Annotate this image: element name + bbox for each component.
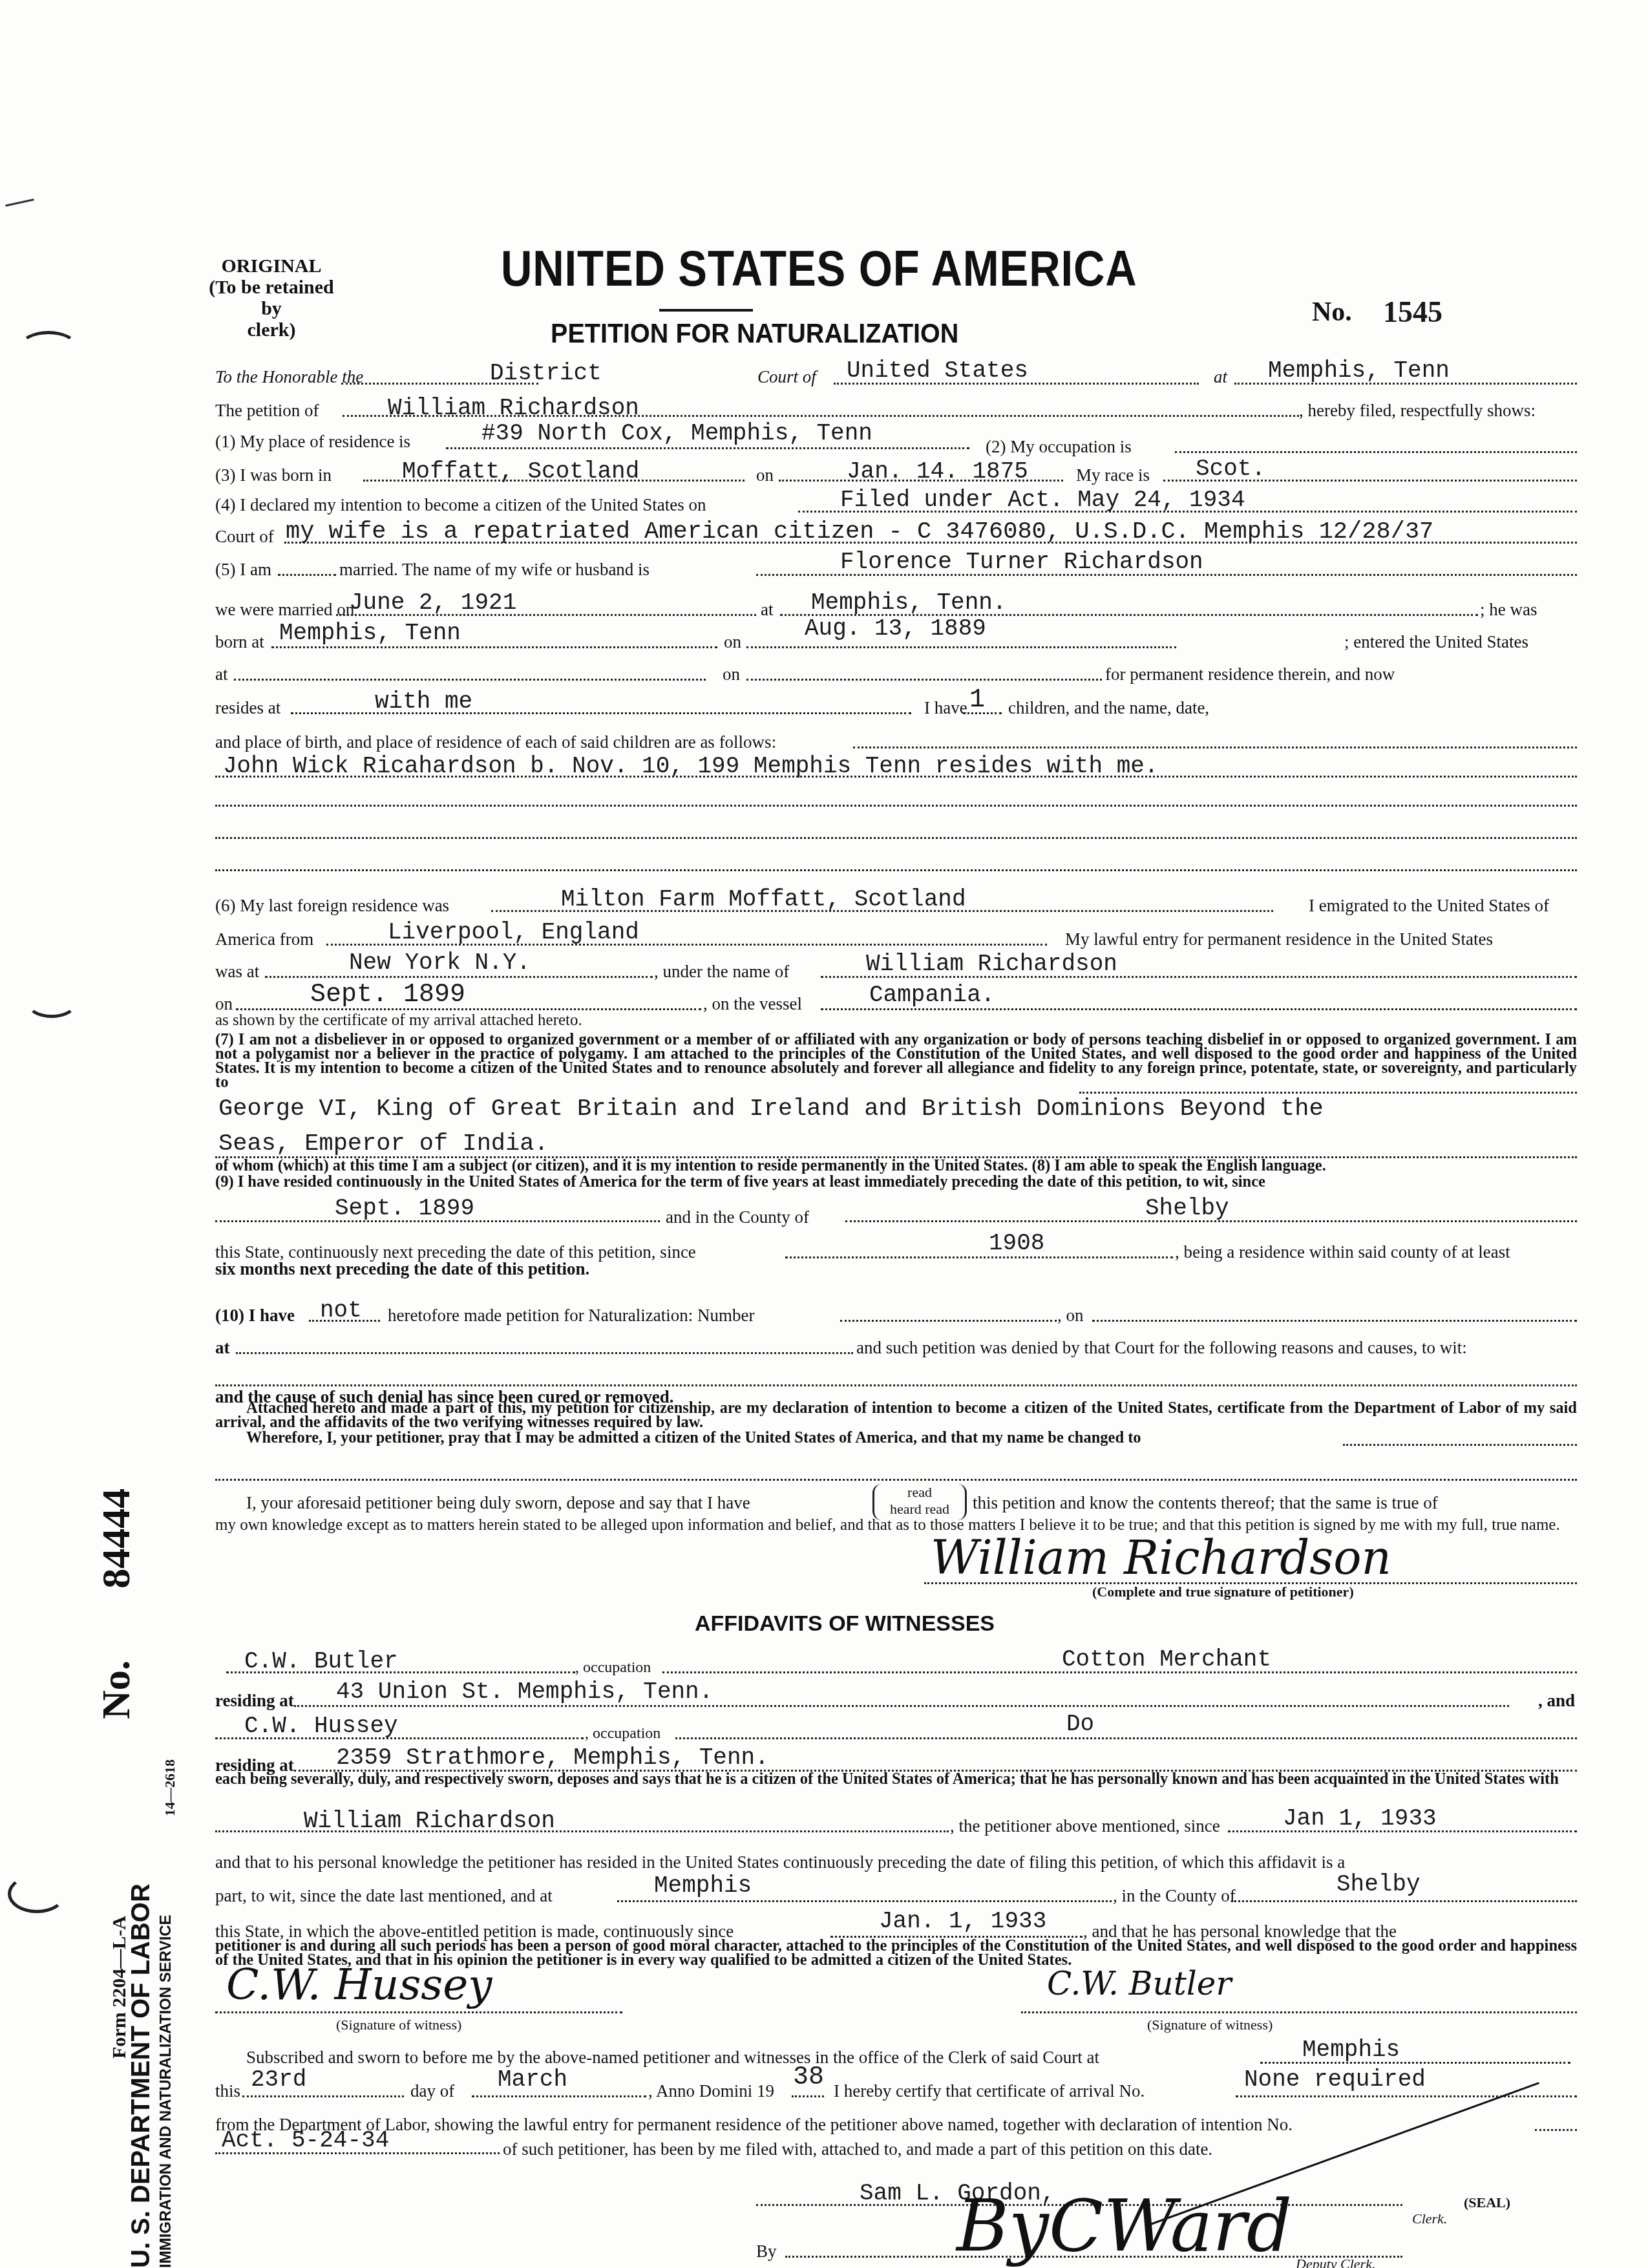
oath-text-b: this petition and know the contents ther… bbox=[973, 1494, 1438, 1512]
witness-county-field[interactable]: Shelby bbox=[1336, 1873, 1421, 1896]
court-type-field[interactable]: District bbox=[490, 362, 602, 385]
spouse-born-at-field[interactable]: Memphis, Tenn bbox=[279, 622, 461, 645]
petitioner-name-field[interactable]: William Richardson bbox=[388, 397, 639, 420]
resided-at-field[interactable]: Memphis bbox=[654, 1874, 752, 1898]
page-subtitle: PETITION FOR NATURALIZATION bbox=[551, 318, 958, 350]
court-location-field[interactable]: Memphis, Tenn bbox=[1268, 359, 1450, 383]
clerk-label: Clerk. bbox=[1412, 2210, 1447, 2227]
vessel-field[interactable]: Campania. bbox=[869, 984, 995, 1007]
i-am-label: (5) I am bbox=[215, 561, 271, 578]
declared-intention-label: (4) I declared my intention to become a … bbox=[215, 496, 706, 514]
anno-domini-label: , Anno Domini 19 bbox=[648, 2083, 774, 2100]
entry-name-field[interactable]: William Richardson bbox=[866, 953, 1117, 976]
race-label: My race is bbox=[1076, 467, 1150, 484]
petition-number: 1545 bbox=[1383, 297, 1442, 327]
page-title: UNITED STATES OF AMERICA bbox=[501, 239, 1137, 298]
read-option: read bbox=[874, 1484, 965, 1501]
prior-at-label: at bbox=[215, 1339, 230, 1357]
margin-serial: No. 84444 bbox=[94, 1489, 140, 1719]
under-name-label: , under the name of bbox=[654, 963, 789, 980]
vessel-label: , on the vessel bbox=[703, 995, 802, 1013]
last-residence-label: (6) My last foreign residence was bbox=[215, 897, 449, 915]
resided-since-field[interactable]: Sept. 1899 bbox=[335, 1197, 474, 1220]
birthdate-field[interactable]: Jan. 14. 1875 bbox=[847, 460, 1028, 483]
court-of-label: Court of bbox=[757, 368, 816, 386]
married-on-field[interactable]: June 2, 1921 bbox=[349, 591, 516, 615]
witness-1-signature: C.W. Butler bbox=[1047, 1965, 1231, 2002]
pencil-mark bbox=[5, 198, 34, 206]
born-in-label: (3) I was born in bbox=[215, 467, 332, 484]
declared-court-label: Court of bbox=[215, 528, 274, 546]
declared-field[interactable]: Filed under Act. May 24, 1934 bbox=[840, 489, 1245, 512]
attached-paragraph: Attached hereto and made a part of this,… bbox=[215, 1401, 1577, 1430]
petitioner-signature-caption: (Complete and true signature of petition… bbox=[1092, 1584, 1354, 1600]
paragraph-9: (9) I have resided continuously in the U… bbox=[215, 1175, 1577, 1189]
seal-label: (SEAL) bbox=[1464, 2194, 1510, 2211]
margin-serial-prefix: No. bbox=[94, 1660, 138, 1719]
arrival-number-field[interactable]: None required bbox=[1244, 2068, 1426, 2092]
on-label: on bbox=[756, 467, 774, 484]
deputy-clerk-signature: ByCWard bbox=[956, 2185, 1292, 2267]
permanent-residence-label: for permanent residence therein, and now bbox=[1105, 666, 1395, 683]
day-of-label: day of bbox=[410, 2083, 454, 2100]
emigrated-from-field[interactable]: Liverpool, England bbox=[388, 921, 639, 944]
prior-petition-label: (10) I have bbox=[215, 1307, 295, 1324]
by-label: By bbox=[756, 2243, 777, 2260]
i-have-label: I have bbox=[924, 699, 967, 717]
punch-hole-mark bbox=[19, 331, 78, 363]
lawful-entry-label: My lawful entry for permanent residence … bbox=[1065, 931, 1493, 948]
known-since-field[interactable]: Jan 1, 1933 bbox=[1283, 1807, 1437, 1830]
this-label: this bbox=[215, 2083, 240, 2100]
county-label: and in the County of bbox=[666, 1209, 809, 1226]
residence-field[interactable]: #39 North Cox, Memphis, Tenn bbox=[481, 422, 872, 445]
resides-at-label: resides at bbox=[215, 699, 280, 717]
continuously-since-field[interactable]: Jan. 1, 1933 bbox=[879, 1910, 1046, 1933]
certificate-note: as shown by the certificate of my arriva… bbox=[215, 1012, 582, 1028]
known-since-label: , the petitioner above mentioned, since bbox=[950, 1818, 1220, 1835]
married-at-label: at bbox=[761, 601, 774, 619]
married-on-label: we were married on bbox=[215, 601, 354, 619]
jurat-year-field[interactable]: 38 bbox=[793, 2065, 824, 2091]
declared-court-field[interactable]: my wife is a repatriated American citize… bbox=[286, 520, 1433, 544]
witness-2-signature-caption: (Signature of witness) bbox=[336, 2017, 461, 2033]
entered-us-label: ; entered the United States bbox=[1344, 633, 1528, 651]
paragraph-7: (7) I am not a disbeliever in or opposed… bbox=[215, 1033, 1577, 1090]
residence-label: (1) My place of residence is bbox=[215, 433, 410, 450]
witness-petitioner-name-field[interactable]: William Richardson bbox=[304, 1810, 555, 1833]
witness-1-occupation-field[interactable]: Cotton Merchant bbox=[1062, 1648, 1271, 1671]
witness-sworn-text: each being severally, duly, and respecti… bbox=[215, 1772, 1577, 1786]
residence-suffix-label: , being a residence within said county o… bbox=[1175, 1244, 1510, 1261]
subscribed-text: Subscribed and sworn to before me by the… bbox=[246, 2049, 1099, 2066]
witness-2-occupation-field[interactable]: Do bbox=[1066, 1713, 1094, 1736]
children-label: children, and the name, date, bbox=[1008, 699, 1209, 717]
emigrated-label: I emigrated to the United States of bbox=[1309, 897, 1549, 915]
heretofore-label: heretofore made petition for Naturalizat… bbox=[388, 1307, 755, 1324]
denied-label: and such petition was denied by that Cou… bbox=[856, 1339, 1467, 1357]
entered-on-label: on bbox=[723, 666, 740, 683]
petition-of-label: The petition of bbox=[215, 402, 319, 419]
witness-2-residence-field[interactable]: 2359 Strathmore, Memphis, Tenn. bbox=[336, 1746, 769, 1770]
witness-county-label: , in the County of bbox=[1113, 1887, 1236, 1905]
county-field[interactable]: Shelby bbox=[1145, 1197, 1229, 1220]
occupation-label: (2) My occupation is bbox=[986, 438, 1132, 456]
children-intro-label: and place of birth, and place of residen… bbox=[215, 734, 776, 751]
witness-1-residence-field[interactable]: 43 Union St. Memphis, Tenn. bbox=[336, 1680, 713, 1704]
wherefore-paragraph: Wherefore, I, your petitioner, pray that… bbox=[246, 1431, 1345, 1445]
petition-document: ORIGINAL (To be retained by clerk) UNITE… bbox=[0, 0, 1648, 2268]
heard-read-option: heard read bbox=[874, 1501, 965, 1518]
filed-text: of such petitioner, has been by me filed… bbox=[503, 2141, 1212, 2158]
original-note: ORIGINAL (To be retained by clerk) bbox=[200, 255, 343, 341]
entry-port-field[interactable]: New York N.Y. bbox=[349, 951, 531, 975]
deputy-clerk-label: Deputy Clerk. bbox=[1296, 2256, 1375, 2268]
margin-print-code: 14—2618 bbox=[162, 1759, 178, 1816]
spouse-born-on-field[interactable]: Aug. 13, 1889 bbox=[805, 617, 986, 641]
spouse-born-on-label: on bbox=[724, 633, 741, 651]
america-from-label: America from bbox=[215, 931, 313, 948]
w1-residing-label: residing at bbox=[215, 1692, 294, 1710]
declaration-number-field[interactable]: Act. 5-24-34 bbox=[222, 2129, 389, 2152]
witness-2-signature: C.W. Hussey bbox=[226, 1960, 492, 2009]
punch-hole-mark bbox=[8, 1874, 66, 1913]
was-at-label: was at bbox=[215, 963, 259, 980]
entry-date-field[interactable]: Sept. 1899 bbox=[310, 982, 465, 1008]
married-label: married. The name of my wife or husband … bbox=[339, 561, 650, 578]
spouse-resides-field[interactable]: with me bbox=[375, 690, 472, 714]
margin-serial-number: 84444 bbox=[94, 1489, 138, 1589]
children-count-field[interactable]: 1 bbox=[969, 688, 985, 714]
part-label: part, to wit, since the date last mentio… bbox=[215, 1887, 553, 1905]
witness-1-name-field[interactable]: C.W. Butler bbox=[244, 1650, 398, 1673]
witness-1-signature-caption: (Signature of witness) bbox=[1147, 2017, 1273, 2033]
spouse-name-field[interactable]: Florence Turner Richardson bbox=[840, 551, 1203, 574]
punch-hole-mark bbox=[26, 986, 78, 1018]
spouse-born-at-label: born at bbox=[215, 633, 264, 651]
margin-department: U. S. DEPARTMENT OF LABOR bbox=[127, 1883, 156, 2268]
at-label: at bbox=[1214, 368, 1227, 386]
birthplace-field[interactable]: Moffatt, Scotland bbox=[402, 460, 639, 483]
subject-text: of whom (which) at this time I am a subj… bbox=[215, 1159, 1577, 1173]
entered-at-label: at bbox=[215, 666, 228, 683]
jurat-place-field[interactable]: Memphis bbox=[1302, 2039, 1400, 2062]
state-since-label: this State, continuously next preceding … bbox=[215, 1244, 696, 1261]
oath-text-a: I, your aforesaid petitioner being duly … bbox=[246, 1494, 750, 1512]
entry-on-label: on bbox=[215, 995, 233, 1013]
w2-occupation-label: , occupation bbox=[585, 1726, 660, 1741]
he-was-label: ; he was bbox=[1480, 601, 1537, 619]
state-since-field[interactable]: 1908 bbox=[989, 1232, 1044, 1255]
margin-service: IMMIGRATION AND NATURALIZATION SERVICE bbox=[157, 1914, 175, 2268]
w1-occupation-label: , occupation bbox=[575, 1660, 651, 1675]
knowledge-text: and that to his personal knowledge the p… bbox=[215, 1854, 1345, 1871]
jurat-day-field[interactable]: 23rd bbox=[251, 2068, 306, 2092]
witness-2-name-field[interactable]: C.W. Hussey bbox=[244, 1715, 398, 1738]
prior-on-label: , on bbox=[1057, 1307, 1084, 1324]
children-field[interactable]: John Wick Ricahardson b. Nov. 10, 199 Me… bbox=[223, 755, 1158, 778]
petitioner-signature: William Richardson bbox=[931, 1531, 1391, 1585]
married-at-field[interactable]: Memphis, Tenn. bbox=[811, 591, 1006, 615]
and-label: , and bbox=[1538, 1692, 1575, 1710]
six-months-label: six months next preceding the date of th… bbox=[215, 1260, 589, 1278]
number-label: No. bbox=[1312, 299, 1352, 326]
race-field[interactable]: Scot. bbox=[1196, 458, 1265, 481]
sovereign-line-2[interactable]: Seas, Emperor of India. bbox=[218, 1132, 549, 1156]
jurat-month-field[interactable]: March bbox=[498, 2068, 567, 2092]
prior-petition-status-field[interactable]: not bbox=[320, 1299, 362, 1322]
sovereign-line-1[interactable]: George VI, King of Great Britain and Ire… bbox=[218, 1097, 1324, 1121]
witnesses-heading: AFFIDAVITS OF WITNESSES bbox=[695, 1611, 995, 1637]
certify-label: I hereby certify that certificate of arr… bbox=[834, 2083, 1145, 2100]
hereby-filed-label: , hereby filed, respectfully shows: bbox=[1299, 402, 1536, 419]
title-rule bbox=[659, 309, 753, 312]
read-brace: read heard read bbox=[872, 1484, 967, 1520]
court-of-field[interactable]: United States bbox=[847, 359, 1028, 383]
last-residence-field[interactable]: Milton Farm Moffatt, Scotland bbox=[561, 888, 966, 911]
